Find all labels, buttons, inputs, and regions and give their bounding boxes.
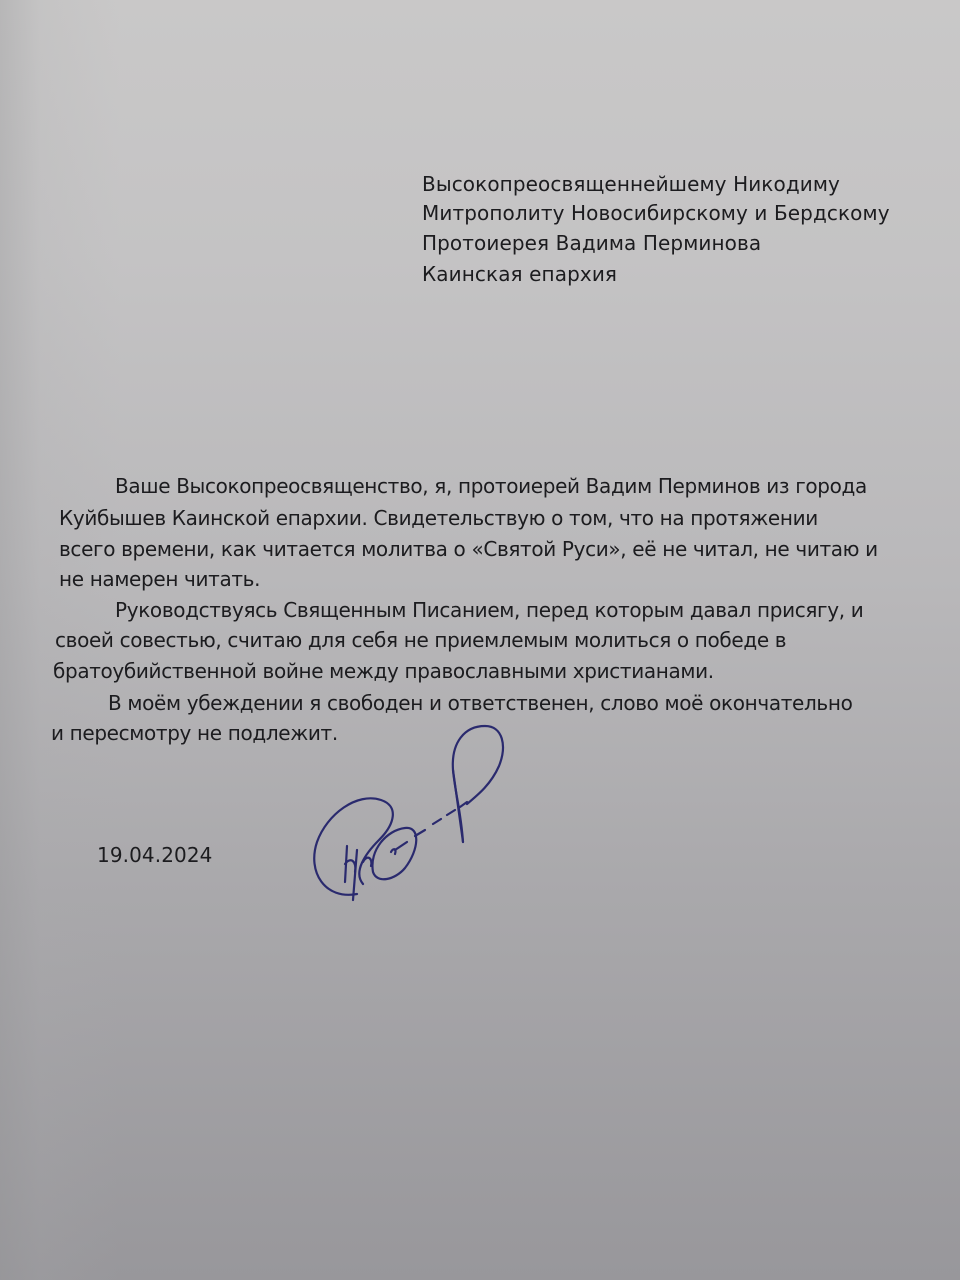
body-line: своей совестью, считаю для себя не прием… (55, 628, 786, 652)
addressee-line-4: Каинская епархия (422, 262, 617, 286)
body-line: братоубийственной войне между православн… (53, 659, 714, 683)
addressee-line-1: Высокопреосвященнейшему Никодиму (422, 172, 840, 196)
body-line: Ваше Высокопреосвященство, я, протоиерей… (115, 474, 867, 498)
addressee-line-3: Протоиерея Вадима Перминова (422, 231, 761, 255)
addressee-line-2: Митрополиту Новосибирскому и Бердскому (422, 201, 890, 225)
paper-sheet: Высокопреосвященнейшему Никодиму Митропо… (0, 0, 960, 1280)
body-line: всего времени, как читается молитва о «С… (59, 537, 878, 561)
body-line: В моём убеждении я свободен и ответствен… (108, 691, 852, 715)
body-line: Куйбышев Каинской епархии. Свидетельству… (59, 506, 818, 530)
letter-date: 19.04.2024 (97, 843, 213, 867)
body-line: не намерен читать. (59, 567, 260, 591)
signature-icon (295, 722, 515, 922)
body-line: Руководствуясь Священным Писанием, перед… (115, 598, 863, 622)
